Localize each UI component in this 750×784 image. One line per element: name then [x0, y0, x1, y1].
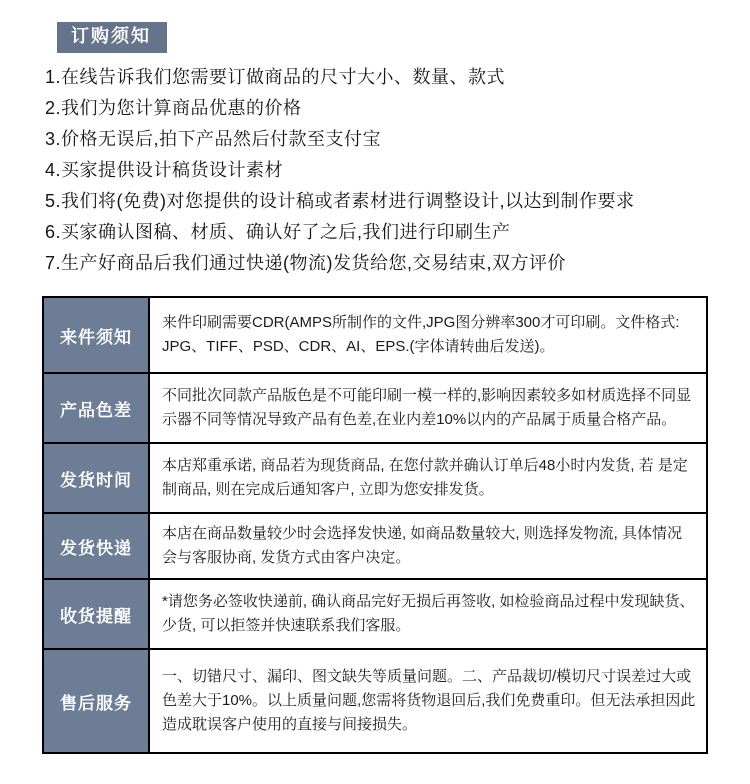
list-item: 4.买家提供设计稿货设计素材: [45, 155, 710, 186]
section-title-badge: 订购须知: [57, 22, 167, 53]
ordering-steps-list: 1.在线告诉我们您需要订做商品的尺寸大小、数量、款式 2.我们为您计算商品优惠的…: [45, 62, 710, 279]
row-label: 售后服务: [43, 649, 149, 753]
row-label: 产品色差: [43, 373, 149, 443]
list-item: 7.生产好商品后我们通过快递(物流)发货给您,交易结束,双方评价: [45, 248, 710, 279]
row-text: 本店郑重承诺, 商品若为现货商品, 在您付款并确认订单后48小时内发货, 若 是…: [149, 443, 707, 513]
row-label: 发货快递: [43, 513, 149, 579]
row-label: 发货时间: [43, 443, 149, 513]
table-row: 收货提醒 *请您务必签收快递前, 确认商品完好无损后再签收, 如检验商品过程中发…: [43, 579, 707, 649]
row-text: 本店在商品数量较少时会选择发快递, 如商品数量较大, 则选择发物流, 具体情况会…: [149, 513, 707, 579]
row-label: 来件须知: [43, 297, 149, 373]
table-row: 发货时间 本店郑重承诺, 商品若为现货商品, 在您付款并确认订单后48小时内发货…: [43, 443, 707, 513]
table-row: 来件须知 来件印刷需要CDR(AMPS所制作的文件,JPG图分辨率300才可印刷…: [43, 297, 707, 373]
list-item: 5.我们将(免费)对您提供的设计稿或者素材进行调整设计,以达到制作要求: [45, 186, 710, 217]
list-item: 3.价格无误后,拍下产品然后付款至支付宝: [45, 124, 710, 155]
row-text: *请您务必签收快递前, 确认商品完好无损后再签收, 如检验商品过程中发现缺货、少…: [149, 579, 707, 649]
row-text: 不同批次同款产品版色是不可能印刷一模一样的,影响因素较多如材质选择不同显示器不同…: [149, 373, 707, 443]
list-item: 1.在线告诉我们您需要订做商品的尺寸大小、数量、款式: [45, 62, 710, 93]
table-row: 发货快递 本店在商品数量较少时会选择发快递, 如商品数量较大, 则选择发物流, …: [43, 513, 707, 579]
row-text: 一、切错尺寸、漏印、图文缺失等质量问题。二、产品裁切/模切尺寸误差过大或色差大于…: [149, 649, 707, 753]
row-text: 来件印刷需要CDR(AMPS所制作的文件,JPG图分辨率300才可印刷。文件格式…: [149, 297, 707, 373]
purchase-notes-page: 订购须知 1.在线告诉我们您需要订做商品的尺寸大小、数量、款式 2.我们为您计算…: [0, 0, 750, 784]
notice-table: 来件须知 来件印刷需要CDR(AMPS所制作的文件,JPG图分辨率300才可印刷…: [42, 296, 708, 754]
list-item: 6.买家确认图稿、材质、确认好了之后,我们进行印刷生产: [45, 217, 710, 248]
row-label: 收货提醒: [43, 579, 149, 649]
list-item: 2.我们为您计算商品优惠的价格: [45, 93, 710, 124]
table-row: 产品色差 不同批次同款产品版色是不可能印刷一模一样的,影响因素较多如材质选择不同…: [43, 373, 707, 443]
table-row: 售后服务 一、切错尺寸、漏印、图文缺失等质量问题。二、产品裁切/模切尺寸误差过大…: [43, 649, 707, 753]
